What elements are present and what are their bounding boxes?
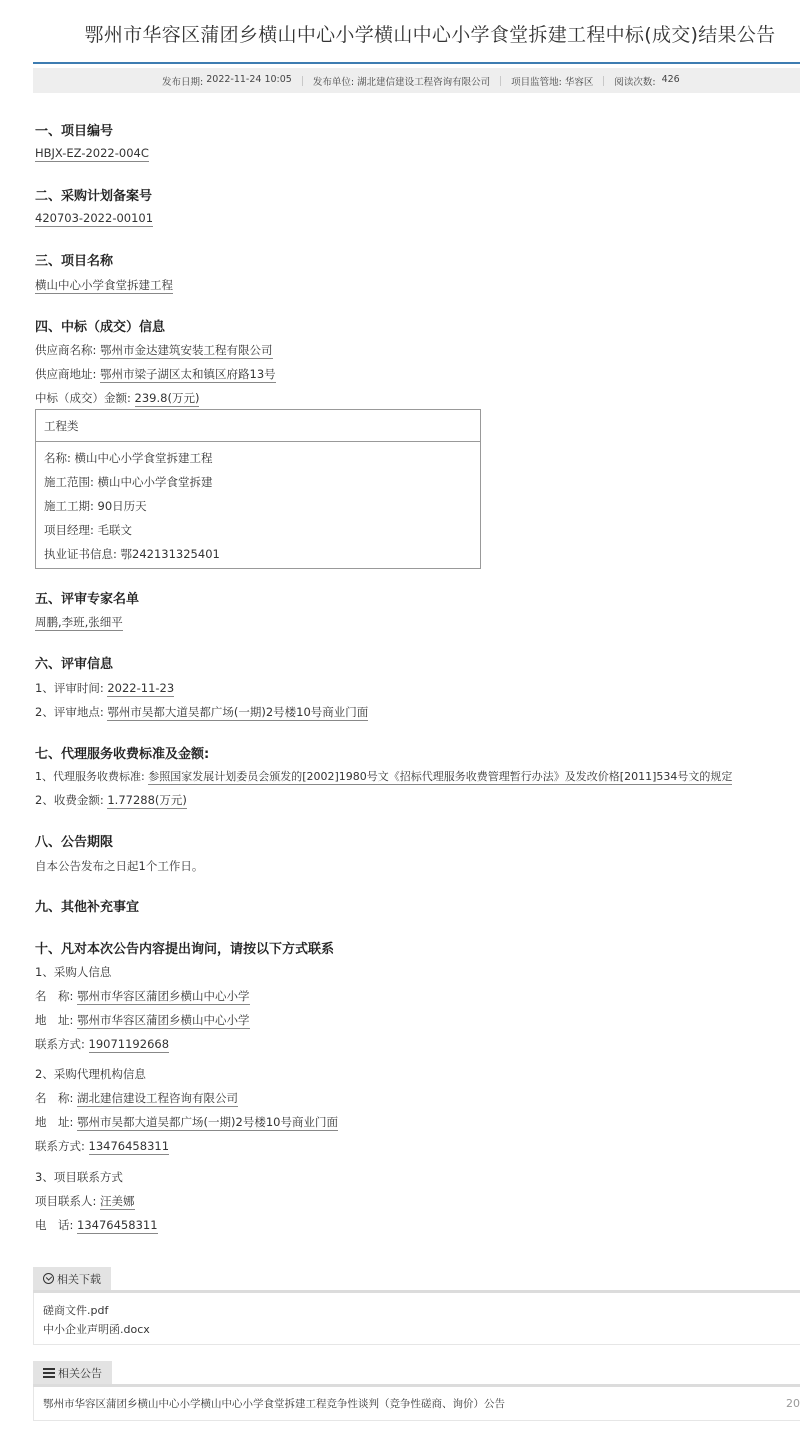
agency-info-title: 2、采购代理机构信息 (35, 1066, 146, 1082)
project-number: HBJX-EZ-2022-004C (35, 146, 149, 160)
download-circle-icon (43, 1273, 54, 1284)
title-divider (33, 62, 800, 64)
review-place-value: 鄂州市吴都大道吴都广场(一期)2号楼10号商业门面 (107, 705, 368, 721)
supplier-address-label: 供应商地址: (35, 367, 96, 381)
section-heading-project-number: 一、项目编号 (35, 120, 113, 139)
agency-name-value: 湖北建信建设工程咨询有限公司 (77, 1091, 238, 1107)
review-place-label: 2、评审地点: (35, 705, 104, 719)
meta-bar: 发布日期: 2022-11-24 10:05 发布单位: 湖北建信建设工程咨询有… (33, 68, 800, 93)
purchaser-contact-row: 联系方式: 19071192668 (35, 1036, 169, 1052)
publish-date: 发布日期: 2022-11-24 10:05 (162, 74, 292, 88)
agency-address-label: 地 址: (35, 1115, 73, 1129)
fee-amount-row: 2、收费金额: 1.77288(万元) (35, 792, 187, 808)
list-icon (43, 1368, 55, 1378)
publish-date-value: 2022-11-24 10:05 (206, 74, 292, 88)
section-heading-award-info: 四、中标（成交）信息 (35, 316, 165, 335)
view-count: 阅读次数: 426 (614, 74, 679, 88)
download-file-link[interactable]: 磋商文件.pdf (34, 1301, 800, 1320)
downloads-tab-label: 相关下载 (57, 1271, 101, 1287)
fee-standard-row: 1、代理服务收费标准: 参照国家发展计划委员会颁发的[2002]1980号文《招… (35, 768, 732, 784)
award-table-row: 执业证书信息: 鄂242131325401 (44, 546, 220, 562)
supplier-name-row: 供应商名称: 鄂州市金达建筑安装工程有限公司 (35, 342, 273, 358)
page-title: 鄂州市华容区蒲团乡横山中心小学横山中心小学食堂拆建工程中标(成交)结果公告 (0, 20, 800, 47)
purchaser-contact-value: 19071192668 (89, 1037, 169, 1053)
region: 项目监管地: 华容区 (511, 74, 593, 88)
supplier-address-value: 鄂州市梁子湖区太和镇区府路13号 (100, 367, 276, 383)
agency-contact-label: 联系方式: (35, 1139, 85, 1153)
related-announcement-date: 20 (786, 1397, 800, 1410)
purchaser-address-label: 地 址: (35, 1013, 73, 1027)
supplier-name-value: 鄂州市金达建筑安装工程有限公司 (100, 343, 273, 359)
agency-name-row: 名 称: 湖北建信建设工程咨询有限公司 (35, 1090, 238, 1106)
review-time-label: 1、评审时间: (35, 681, 104, 695)
project-number-value: HBJX-EZ-2022-004C (35, 146, 149, 162)
award-table-header: 工程类 (36, 410, 480, 442)
fee-standard-value: 参照国家发展计划委员会颁发的[2002]1980号文《招标代理服务收费管理暂行办… (148, 770, 732, 785)
related-list: 鄂州市华容区蒲团乡横山中心小学横山中心小学食堂拆建工程竞争性谈判（竞争性磋商、询… (33, 1387, 800, 1421)
award-table-row: 名称: 横山中心小学食堂拆建工程 (44, 450, 213, 466)
award-amount-value: 239.8(万元) (135, 391, 200, 407)
supplier-name-label: 供应商名称: (35, 343, 96, 357)
supplier-address-row: 供应商地址: 鄂州市梁子湖区太和镇区府路13号 (35, 366, 276, 382)
publisher-value: 湖北建信建设工程咨询有限公司 (357, 74, 490, 88)
purchaser-name-row: 名 称: 鄂州市华容区蒲团乡横山中心小学 (35, 988, 250, 1004)
project-name-value: 横山中心小学食堂拆建工程 (35, 278, 173, 294)
agency-address-value: 鄂州市吴都大道吴都广场(一期)2号楼10号商业门面 (77, 1115, 338, 1131)
review-place-row: 2、评审地点: 鄂州市吴都大道吴都广场(一期)2号楼10号商业门面 (35, 704, 368, 720)
views-label: 阅读次数: (614, 74, 655, 88)
section-heading-contact: 十、凡对本次公告内容提出询问，请按以下方式联系 (35, 938, 334, 957)
project-contact-phone-label: 电 话: (35, 1218, 73, 1232)
review-time-value: 2022-11-23 (107, 681, 174, 697)
section-heading-other-matters: 九、其他补充事宜 (35, 896, 139, 915)
region-label: 项目监管地: (511, 74, 562, 88)
notice-period: 自本公告发布之日起1个工作日。 (35, 858, 203, 874)
purchaser-address-value: 鄂州市华容区蒲团乡横山中心小学 (77, 1013, 250, 1029)
related-tab-label: 相关公告 (58, 1365, 102, 1381)
project-contact-person-row: 项目联系人: 汪美娜 (35, 1193, 135, 1209)
meta-separator (500, 76, 501, 86)
expert-list-value: 周鹏,李班,张细平 (35, 615, 123, 631)
award-table-row: 施工范围: 横山中心小学食堂拆建 (44, 474, 213, 490)
section-heading-filing-number: 二、采购计划备案号 (35, 185, 152, 204)
filing-number: 420703-2022-00101 (35, 211, 153, 225)
award-detail-table: 工程类 名称: 横山中心小学食堂拆建工程 施工范围: 横山中心小学食堂拆建 施工… (35, 409, 481, 569)
award-amount-row: 中标（成交）金额: 239.8(万元) (35, 390, 199, 406)
meta-separator (603, 76, 604, 86)
project-contact-person-value: 汪美娜 (100, 1194, 135, 1210)
section-heading-agency-fee: 七、代理服务收费标准及金额: (35, 743, 209, 762)
purchaser-address-row: 地 址: 鄂州市华容区蒲团乡横山中心小学 (35, 1012, 250, 1028)
purchaser-name-label: 名 称: (35, 989, 73, 1003)
project-contact-phone-value: 13476458311 (77, 1218, 157, 1234)
project-contact-title: 3、项目联系方式 (35, 1169, 123, 1185)
purchaser-name-value: 鄂州市华容区蒲团乡横山中心小学 (77, 989, 250, 1005)
region-value: 华容区 (565, 74, 594, 88)
filing-number-value: 420703-2022-00101 (35, 211, 153, 227)
agency-contact-value: 13476458311 (89, 1139, 169, 1155)
publisher: 发布单位: 湖北建信建设工程咨询有限公司 (313, 74, 490, 88)
project-contact-person-label: 项目联系人: (35, 1194, 96, 1208)
award-table-row: 项目经理: 毛联文 (44, 522, 132, 538)
section-heading-notice-period: 八、公告期限 (35, 831, 113, 850)
download-file-link[interactable]: 中小企业声明函.docx (34, 1320, 800, 1339)
publisher-label: 发布单位: (313, 74, 354, 88)
agency-name-label: 名 称: (35, 1091, 73, 1105)
related-announcements-tab[interactable]: 相关公告 (33, 1361, 112, 1384)
fee-standard-label: 1、代理服务收费标准: (35, 770, 145, 783)
downloads-tab[interactable]: 相关下载 (33, 1267, 111, 1290)
related-announcement-link[interactable]: 鄂州市华容区蒲团乡横山中心小学横山中心小学食堂拆建工程竞争性谈判（竞争性磋商、询… (34, 1387, 800, 1421)
purchaser-info-title: 1、采购人信息 (35, 964, 111, 980)
project-name: 横山中心小学食堂拆建工程 (35, 277, 173, 293)
meta-separator (302, 76, 303, 86)
expert-list: 周鹏,李班,张细平 (35, 614, 123, 630)
section-heading-experts: 五、评审专家名单 (35, 588, 139, 607)
agency-address-row: 地 址: 鄂州市吴都大道吴都广场(一期)2号楼10号商业门面 (35, 1114, 338, 1130)
section-heading-project-name: 三、项目名称 (35, 250, 113, 269)
downloads-list: 磋商文件.pdf 中小企业声明函.docx (33, 1293, 800, 1345)
project-contact-phone-row: 电 话: 13476458311 (35, 1217, 158, 1233)
purchaser-contact-label: 联系方式: (35, 1037, 85, 1051)
section-heading-review-info: 六、评审信息 (35, 653, 113, 672)
fee-amount-value: 1.77288(万元) (107, 793, 187, 809)
award-table-row: 施工工期: 90日历天 (44, 498, 147, 514)
agency-contact-row: 联系方式: 13476458311 (35, 1138, 169, 1154)
fee-amount-label: 2、收费金额: (35, 793, 104, 807)
review-time-row: 1、评审时间: 2022-11-23 (35, 680, 174, 696)
views-value: 426 (662, 74, 680, 88)
award-amount-label: 中标（成交）金额: (35, 391, 131, 405)
publish-date-label: 发布日期: (162, 74, 203, 88)
